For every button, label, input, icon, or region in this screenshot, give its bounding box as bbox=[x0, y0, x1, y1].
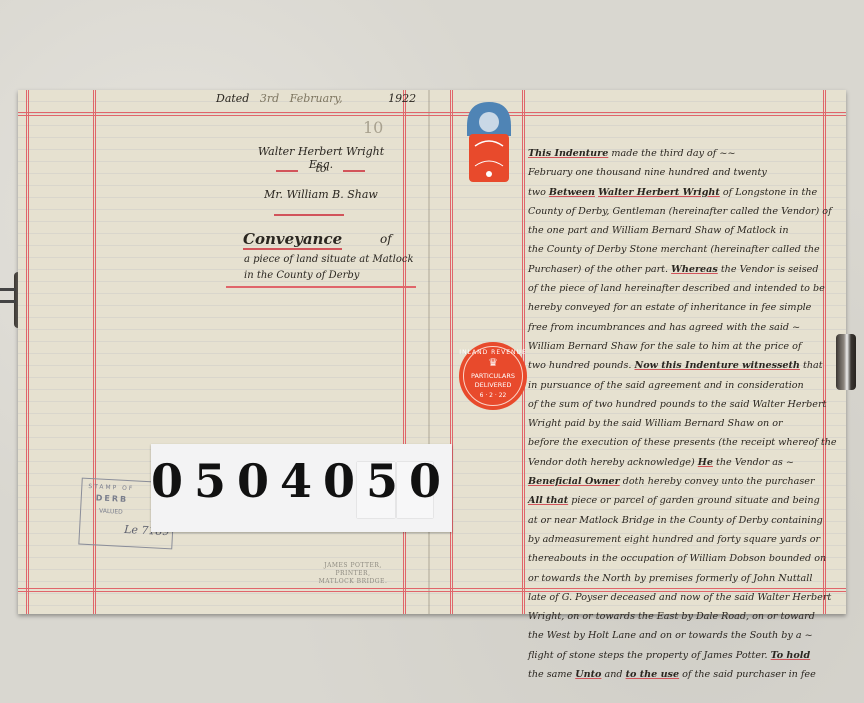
indenture-line: hereby conveyed for an estate of inherit… bbox=[528, 298, 828, 317]
cover-rule bbox=[226, 286, 416, 288]
seal-middle-text: PARTICULARS DELIVERED bbox=[459, 372, 527, 390]
header-rule bbox=[18, 115, 846, 116]
binder-clip-wire bbox=[0, 288, 16, 291]
indenture-line: County of Derby, Gentleman (hereinafter … bbox=[528, 202, 828, 221]
header-rule bbox=[18, 112, 846, 113]
margin-rule bbox=[26, 90, 27, 614]
indenture-line: flight of stone steps the property of Ja… bbox=[528, 646, 828, 665]
indenture-line: or towards the North by premises formerl… bbox=[528, 569, 828, 588]
indenture-line: the one part and William Bernard Shaw of… bbox=[528, 221, 828, 240]
printer-imprint: JAMES POTTER, PRINTER, MATLOCK BRIDGE. bbox=[288, 562, 418, 586]
binder-clip-wire bbox=[0, 300, 16, 303]
indenture-line: in pursuance of the said agreement and i… bbox=[528, 376, 828, 395]
indenture-line: two hundred pounds. Now this Indenture w… bbox=[528, 356, 828, 375]
inland-revenue-seal: INLAND REVENUE ♛ PARTICULARS DELIVERED 6… bbox=[459, 342, 527, 410]
indenture-line: All that piece or parcel of garden groun… bbox=[528, 491, 828, 510]
indenture-line: thereabouts in the occupation of William… bbox=[528, 549, 828, 568]
seal-top-text: INLAND REVENUE bbox=[459, 349, 527, 356]
party-to: Mr. William B. Shaw bbox=[246, 188, 396, 201]
red-dash bbox=[274, 214, 344, 216]
deed-document: Dated 3rd February, 1922 10 Walter Herbe… bbox=[18, 90, 846, 614]
one-pound-duty-stamp bbox=[461, 96, 517, 186]
property-description: a piece of land situate at Matlock in th… bbox=[244, 252, 414, 284]
indenture-line: William Bernard Shaw for the sale to him… bbox=[528, 337, 828, 356]
binder-clip-right bbox=[836, 334, 856, 390]
indenture-line: of the piece of land hereinafter describ… bbox=[528, 279, 828, 298]
indenture-line: late of G. Poyser deceased and now of th… bbox=[528, 588, 828, 607]
indenture-line: at or near Matlock Bridge in the County … bbox=[528, 511, 828, 530]
connector: to bbox=[246, 162, 396, 175]
margin-rule bbox=[403, 90, 404, 614]
indenture-line: free from incumbrances and has agreed wi… bbox=[528, 318, 828, 337]
archive-number: 0504050 bbox=[151, 454, 452, 508]
indenture-line: Wright paid by the said William Bernard … bbox=[528, 414, 828, 433]
date-line: Dated 3rd February, 1922 bbox=[216, 92, 416, 105]
indenture-line: Beneficial Owner doth hereby convey unto… bbox=[528, 472, 828, 491]
indenture-line: two Between Walter Herbert Wright of Lon… bbox=[528, 183, 828, 202]
margin-rule bbox=[28, 90, 29, 614]
margin-rule bbox=[450, 90, 451, 614]
archive-number-label: 0504050 bbox=[151, 444, 452, 532]
page-fold bbox=[428, 90, 430, 614]
seal-date: 6 · 2 · 22 bbox=[459, 392, 527, 399]
indenture-line: This Indenture made the third day of ~~ bbox=[528, 144, 828, 163]
conveyance-title: Conveyance bbox=[243, 230, 342, 250]
indenture-line: February one thousand nine hundred and t… bbox=[528, 163, 828, 182]
conveyance-of: of bbox=[380, 232, 392, 246]
margin-rule bbox=[452, 90, 453, 614]
crown-icon: ♛ bbox=[459, 356, 527, 369]
indenture-line: the same Unto and to the use of the said… bbox=[528, 665, 828, 684]
red-dash bbox=[343, 170, 365, 172]
indenture-line: before the execution of these presents (… bbox=[528, 433, 828, 452]
indenture-line: the County of Derby Stone merchant (here… bbox=[528, 240, 828, 259]
page-number: 10 bbox=[363, 118, 383, 137]
indenture-line: Purchaser) of the other part. Whereas th… bbox=[528, 260, 828, 279]
indenture-line: the West by Holt Lane and on or towards … bbox=[528, 626, 828, 645]
indenture-body: This Indenture made the third day of ~~F… bbox=[528, 144, 828, 684]
indenture-line: by admeasurement eight hundred and forty… bbox=[528, 530, 828, 549]
margin-rule bbox=[405, 90, 406, 614]
indenture-line: Wright, on or towards the East by Dale R… bbox=[528, 607, 828, 626]
indenture-line: Vendor doth hereby acknowledge) He the V… bbox=[528, 453, 828, 472]
indenture-line: of the sum of two hundred pounds to the … bbox=[528, 395, 828, 414]
